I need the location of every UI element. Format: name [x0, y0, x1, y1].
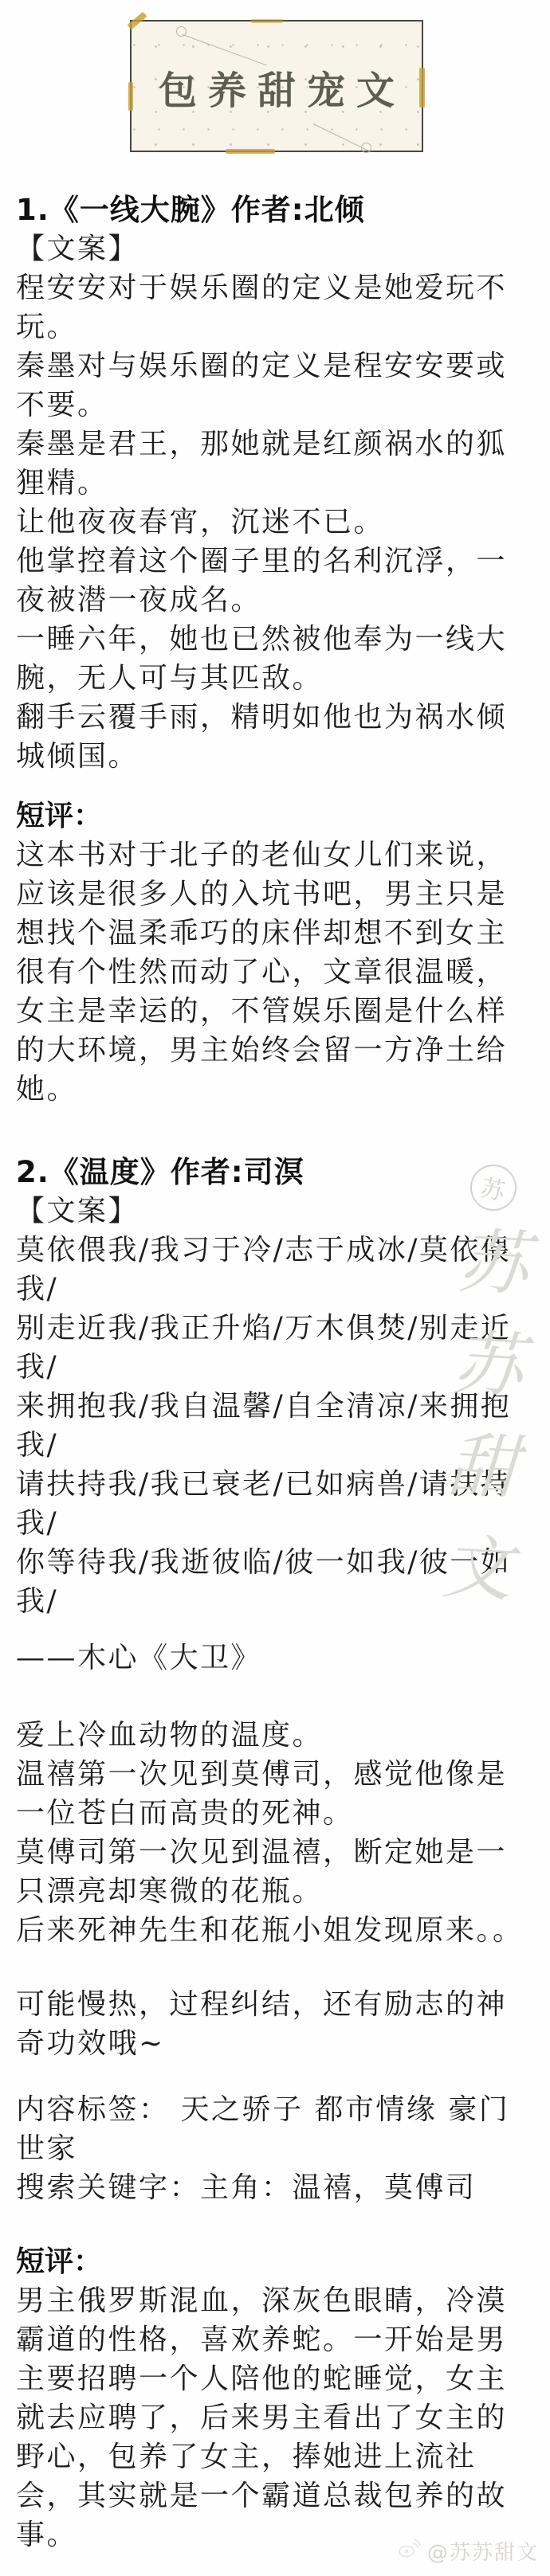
watermark-seal-char: 苏	[478, 1168, 509, 1207]
gold-tape-accent	[128, 82, 133, 111]
entry-2-keywords-line: 搜索关键字：主角：温禧，莫傅司	[16, 2168, 536, 2207]
gold-tape-accent	[251, 19, 283, 23]
entry-2-poem-source: ——木心《大卫》	[16, 1638, 536, 1678]
entry-2-review-text: 男主俄罗斯混血，深灰色眼睛，冷漠霸道的性格，喜欢养蛇。一开始是男主要招聘一个人陪…	[16, 2281, 536, 2554]
entry-2-synopsis-text: 爱上冷血动物的温度。 温禧第一次见到莫傅司，感觉他像是一位苍白而高贵的死神。 莫…	[16, 1716, 536, 1950]
weibo-credit-text: @苏苏甜文	[427, 2536, 539, 2566]
entry-2-heading: 2.《温度》作者:司溟	[16, 1153, 536, 1192]
pin-circle-doodle	[176, 26, 187, 37]
gold-tape-accent	[419, 68, 425, 108]
thread-doodle	[313, 123, 368, 151]
entry-2-tags-line: 内容标签： 天之骄子 都市情缘 豪门世家	[16, 2090, 536, 2168]
vertical-watermark: 苏苏甜文	[418, 1223, 540, 1635]
entry-1-heading: 1.《一线大腕》作者:北倾	[16, 190, 536, 229]
entry-2-review-label: 短评：	[16, 2242, 536, 2281]
book-list-image: 包养甜宠文 1.《一线大腕》作者:北倾 【文案】 程安安对于娱乐圈的定义是她爱玩…	[0, 0, 550, 2576]
entry-1-synopsis-text: 程安安对于娱乐圈的定义是她爱玩不玩。 秦墨对与娱乐圈的定义是程安安要或不要。 秦…	[16, 268, 536, 776]
gold-tape-accent	[226, 149, 275, 154]
page-title: 包养甜宠文	[147, 60, 406, 115]
entry-1-copy-label: 【文案】	[16, 229, 536, 268]
pin-circle-doodle	[361, 143, 371, 153]
book-entry-1: 1.《一线大腕》作者:北倾 【文案】 程安安对于娱乐圈的定义是她爱玩不玩。 秦墨…	[16, 190, 536, 1109]
gold-tape-accent	[127, 12, 147, 30]
entry-2-note: 可能慢热，过程纠结，还有励志的神奇功效哦~	[16, 1985, 536, 2063]
entry-1-review-label: 短评：	[16, 797, 536, 836]
title-card: 包养甜宠文	[130, 20, 423, 152]
weibo-logo-icon	[398, 2538, 422, 2564]
entry-1-review-text: 这本书对于北子的老仙女儿们来说，应该是很多人的入坑书吧，男主只是想找个温柔乖巧的…	[16, 836, 536, 1109]
weibo-credit-watermark: @苏苏甜文	[398, 2536, 539, 2566]
